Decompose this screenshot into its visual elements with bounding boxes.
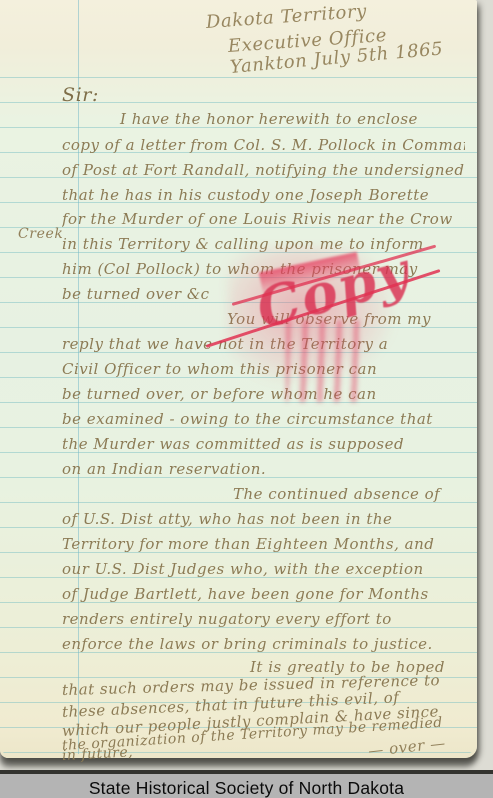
- archive-photo: Dakota Territory Executive Office Yankto…: [0, 0, 493, 798]
- handwritten-line: the Murder was committed as is supposed: [62, 435, 465, 453]
- caption-bar: State Historical Society of North Dakota: [0, 770, 493, 798]
- handwritten-line: that he has in his custody one Joseph Bo…: [62, 186, 465, 204]
- handwritten-line: of Post at Fort Randall, notifying the u…: [62, 161, 465, 179]
- handwritten-line: The continued absence of: [62, 485, 465, 503]
- handwritten-line: on an Indian reservation.: [62, 460, 465, 478]
- caption-text: State Historical Society of North Dakota: [89, 778, 404, 798]
- handwritten-line: renders entirely nugatory every effort t…: [62, 610, 465, 628]
- handwritten-line: of U.S. Dist atty, who has not been in t…: [62, 510, 465, 528]
- letter-paper: Dakota Territory Executive Office Yankto…: [0, 0, 477, 758]
- handwritten-line: our U.S. Dist Judges who, with the excep…: [62, 560, 465, 578]
- handwritten-line: enforce the laws or bring criminals to j…: [62, 635, 465, 653]
- handwritten-line: be turned over, or before whom he can: [62, 385, 465, 403]
- handwritten-line: of Judge Bartlett, have been gone for Mo…: [62, 585, 465, 603]
- handwritten-line: be examined - owing to the circumstance …: [62, 410, 465, 428]
- handwritten-line: I have the honor herewith to enclose: [62, 110, 465, 128]
- handwritten-line: copy of a letter from Col. S. M. Pollock…: [62, 136, 465, 154]
- handwritten-line: Territory for more than Eighteen Months,…: [62, 535, 465, 553]
- handwritten-line: for the Murder of one Louis Rivis near t…: [62, 210, 465, 228]
